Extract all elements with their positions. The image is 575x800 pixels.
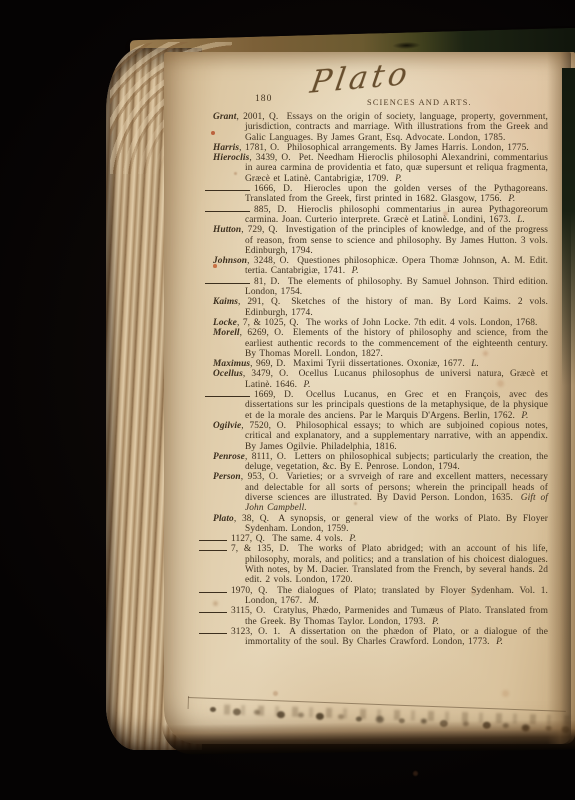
catalog-entry: 3123, O. 1. A dissertation on the phædon… [213, 627, 548, 648]
ditto-mark [199, 609, 227, 613]
book-cover-edge [562, 68, 575, 386]
entry-shelf-mark: P. [395, 174, 402, 184]
entry-text: Letters on philosophical subjects; parti… [245, 452, 548, 472]
entry-text: Philosophical arrangements. By James Har… [287, 143, 529, 153]
entry-author: Ocellus [213, 369, 243, 379]
ditto-mark [205, 393, 250, 397]
catalog-entry: Maximus, 969, D. Maximi Tyrii dissertati… [213, 359, 548, 369]
entry-reference: , 953, O. [241, 472, 279, 482]
marginal-ink-dot [213, 264, 217, 268]
entry-text: The dialogues of Plato; translated by Fl… [245, 586, 548, 606]
entry-text: The works of Plato abridged; with an acc… [245, 544, 548, 585]
catalog-entry: 3115, O. Cratylus, Phædo, Parmenides and… [213, 606, 548, 627]
catalog-entry: 1669, D. Ocellus Lucanus, en Grec et en … [213, 390, 548, 421]
bottom-edge-stain [162, 719, 575, 754]
ditto-mark [205, 280, 250, 284]
entry-shelf-mark: P. [432, 617, 439, 627]
ditto-mark [205, 187, 250, 191]
entry-reference: 81, D. [254, 277, 280, 287]
entry-reference: 7, & 135, D. [231, 544, 289, 554]
marginal-ink-dot [211, 131, 215, 135]
entry-text: Investigation of the principles of knowl… [245, 225, 548, 256]
entry-text: Elements of the history of philosophy an… [245, 328, 548, 359]
catalog-entry: Hutton, 729, Q. Investigation of the pri… [213, 225, 548, 256]
entry-reference: , 7, & 1025, Q. [237, 318, 299, 328]
entry-author: Penrose [213, 452, 245, 462]
entry-text: Maximi Tyrii dissertationes. Oxoniæ, 167… [293, 359, 465, 369]
entry-author: Maximus [213, 359, 250, 369]
entry-author: Kaims [213, 297, 238, 307]
entry-reference: , 3439, O. [249, 153, 290, 163]
entry-author: Morell [213, 328, 240, 338]
catalog-entry: Person, 953, O. Varieties; or a svrveigh… [213, 472, 548, 513]
entry-reference: , 2001, Q. [236, 112, 278, 122]
running-header: SCIENCES AND ARTS. [367, 98, 472, 107]
entry-text: The elements of philosophy. By Samuel Jo… [245, 277, 548, 297]
catalog-entry: Penrose, 8111, O. Letters on philosophic… [213, 452, 548, 473]
entry-reference: , 8111, O. [245, 452, 286, 462]
book-page: Plato 180 SCIENCES AND ARTS. Grant, 2001… [164, 52, 575, 744]
entry-author: Person [213, 472, 241, 482]
catalog-entry: Grant, 2001, Q. Essays on the origin of … [213, 112, 548, 143]
catalog-entry: Hieroclis, 3439, O. Pet. Needham Hierocl… [213, 153, 548, 184]
catalog-entry: 7, & 135, D. The works of Plato abridged… [213, 544, 548, 585]
catalog-entry: Plato, 38, Q. A synopsis, or general vie… [213, 514, 548, 535]
faded-handwriting-smudges [210, 707, 216, 712]
entry-shelf-mark: P. [303, 380, 310, 390]
entry-author: Ogilvie [213, 421, 241, 431]
ditto-mark [199, 537, 227, 541]
page-number: 180 [255, 93, 272, 104]
entry-text: Hieroclis philosophi commentarius in aur… [245, 205, 548, 225]
ditto-mark [205, 208, 250, 212]
entry-text: The same. 4 vols. [272, 534, 343, 544]
entry-reference: 885, D. [254, 205, 287, 215]
book: Plato 180 SCIENCES AND ARTS. Grant, 2001… [68, 22, 575, 767]
catalog-entry: Harris, 1781, O. Philosophical arrangeme… [213, 143, 548, 153]
entry-text: A synopsis, or general view of the works… [245, 514, 548, 534]
catalog-entry: Kaims, 291, Q. Sketches of the history o… [213, 297, 548, 318]
entry-reference: 1666, D. [254, 184, 292, 194]
ditto-mark [199, 547, 227, 551]
entry-shelf-mark: P. [352, 266, 359, 276]
entry-text: Cratylus, Phædo, Parmenides and Tumæus o… [245, 606, 548, 626]
catalog-entry: 885, D. Hieroclis philosophi commentariu… [213, 205, 548, 226]
entry-author: Johnson [213, 256, 247, 266]
entries-list: Grant, 2001, Q. Essays on the origin of … [213, 112, 548, 647]
catalog-entry: Ocellus, 3479, O. Ocellus Lucanus philos… [213, 369, 548, 390]
catalog-entry: 81, D. The elements of philosophy. By Sa… [213, 277, 548, 298]
entry-shelf-mark: P. [521, 411, 528, 421]
entry-author: Hieroclis [213, 153, 249, 163]
entry-reference: , 38, Q. [234, 514, 269, 524]
entry-reference: , 3479, O. [243, 369, 289, 379]
entry-author: Locke [213, 318, 237, 328]
entry-author: Hutton [213, 225, 241, 235]
entry-text: Essays on the origin of society, languag… [245, 112, 548, 143]
entry-text: The works of John Locke. 7th edit. 4 vol… [306, 318, 537, 328]
entry-reference: , 1781, O. [239, 143, 279, 153]
catalog-entry: 1666, D. Hierocles upon the golden verse… [213, 184, 548, 205]
entry-author: Harris [213, 143, 239, 153]
entry-reference: , 3248, O. [247, 256, 289, 266]
entry-text: Ocellus Lucanus philosophus de universi … [245, 369, 548, 389]
entry-author: Grant [213, 112, 236, 122]
entry-shelf-mark: M. [309, 596, 319, 606]
ditto-mark [199, 630, 227, 634]
entry-reference: , 729, Q. [241, 225, 278, 235]
entry-reference: , 969, D. [250, 359, 285, 369]
entry-text: Questiones philosophicæ. Opera Thomæ Joh… [245, 256, 548, 276]
entry-author: Plato [213, 514, 234, 524]
catalog-entry: Morell, 6269, O. Elements of the history… [213, 328, 548, 359]
catalog-entry: Johnson, 3248, O. Questiones philosophic… [213, 256, 548, 277]
entry-shelf-mark: P. [496, 637, 503, 647]
entry-shelf-mark: L. [517, 215, 525, 225]
catalog-entry: Ogilvie, 7520, O. Philosophical essays; … [213, 421, 548, 452]
entry-shelf-mark: L. [471, 359, 479, 369]
entry-reference: , 6269, O. [240, 328, 284, 338]
entry-reference: 1127, Q. [231, 534, 265, 544]
entry-reference: , 291, Q. [238, 297, 280, 307]
catalog-entry: 1127, Q. The same. 4 vols. P. [213, 534, 548, 544]
photo-background: Plato 180 SCIENCES AND ARTS. Grant, 2001… [0, 0, 575, 800]
entry-text: Philosophical essays; to which are subjo… [245, 421, 548, 452]
ditto-mark [199, 589, 227, 593]
entry-shelf-mark: P. [349, 534, 356, 544]
entry-reference: 1669, D. [254, 390, 293, 400]
entry-reference: 1970, Q. [231, 586, 268, 596]
entry-reference: 3123, O. 1. [231, 627, 280, 637]
catalog-entry: Locke, 7, & 1025, Q. The works of John L… [213, 318, 548, 328]
entry-reference: 3115, O. [231, 606, 265, 616]
entry-reference: , 7520, O. [241, 421, 286, 431]
entry-shelf-mark: P. [508, 194, 515, 204]
entry-text: Varieties; or a svrveigh of rare and exc… [245, 472, 548, 503]
catalog-entry: 1970, Q. The dialogues of Plato; transla… [213, 586, 548, 607]
entry-text: Sketches of the history of man. By Lord … [245, 297, 548, 317]
